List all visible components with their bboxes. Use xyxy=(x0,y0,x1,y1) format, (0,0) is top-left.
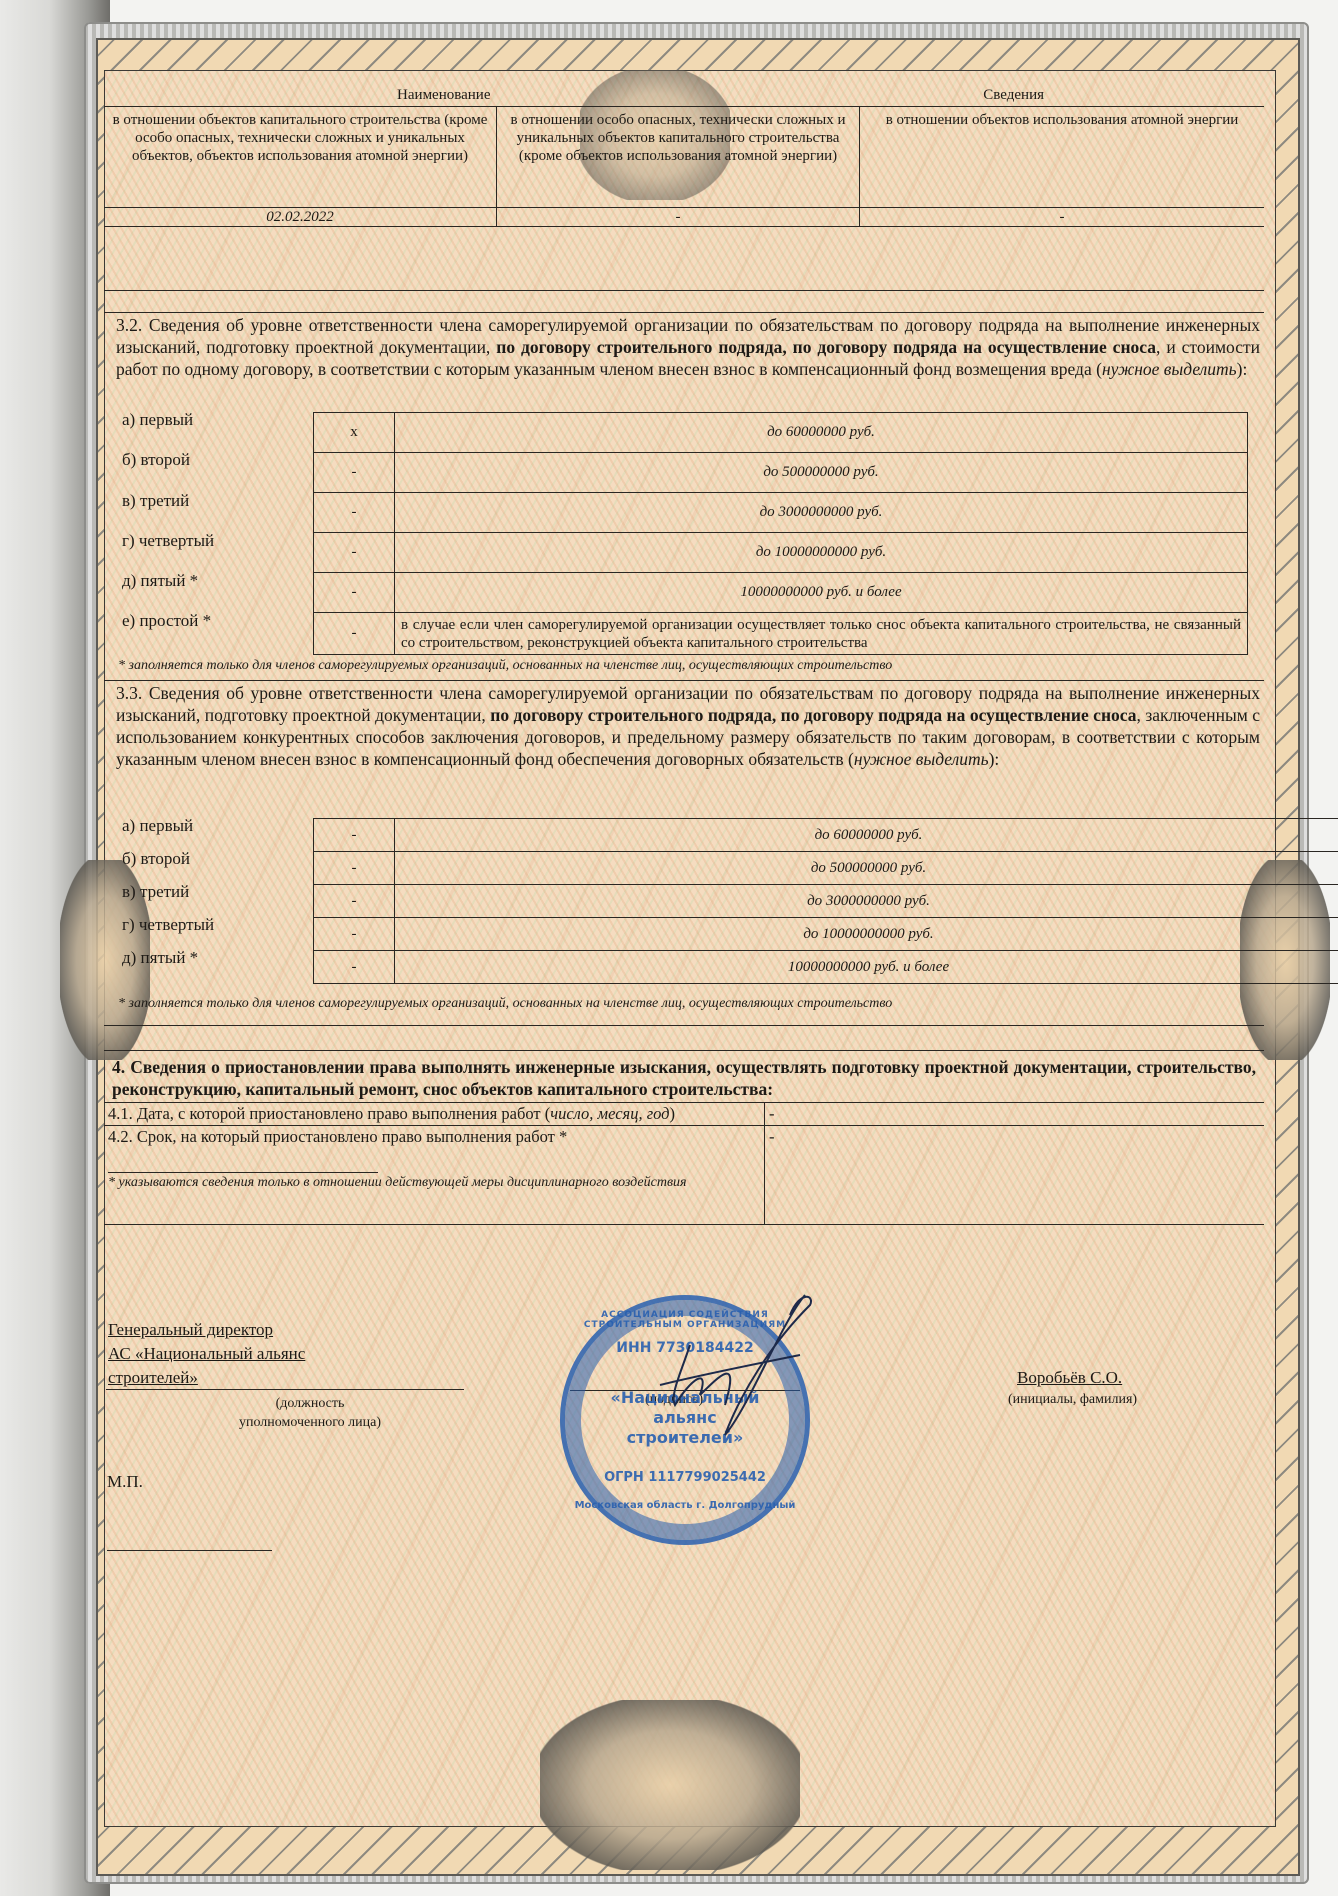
table-row: -10000000000 руб. и более xyxy=(314,573,1248,613)
table-row: -до 10000000000 руб. xyxy=(314,918,1338,951)
level-label: е) простой * xyxy=(122,611,211,631)
section-3-3-levels-table: -до 60000000 руб. -до 500000000 руб. -до… xyxy=(313,818,1338,984)
permits-table: Наименование Сведения в отношении объект… xyxy=(104,84,1264,227)
section-3-2-footnote: * заполняется только для членов саморегу… xyxy=(118,658,892,674)
level-mark: x xyxy=(314,413,395,453)
table-row: -до 3000000000 руб. xyxy=(314,885,1338,918)
table-row: -до 3000000000 руб. xyxy=(314,493,1248,533)
ornament-bottom-icon xyxy=(540,1700,800,1870)
level-mark: - xyxy=(314,493,395,533)
divider xyxy=(104,312,1264,313)
level-mark: - xyxy=(314,852,395,885)
section-4-table: 4.1. Дата, с которой приостановлено прав… xyxy=(104,1102,1264,1225)
section-4: 4. Сведения о приостановлении права выпо… xyxy=(104,1052,1264,1225)
suspension-term-footnote: * указываются сведения только в отношени… xyxy=(108,1173,760,1193)
divider xyxy=(104,680,1264,681)
section-3-2-levels-table: xдо 60000000 руб. -до 500000000 руб. -до… xyxy=(313,412,1248,655)
suspension-term-label: 4.2. Срок, на который приостановлено пра… xyxy=(104,1126,765,1225)
level-value: до 500000000 руб. xyxy=(395,453,1248,493)
section-3-3-text: 3.3. Сведения об уровне ответственности … xyxy=(116,682,1260,770)
column-atomic-objects: в отношении объектов использования атомн… xyxy=(860,107,1265,208)
table-row: xдо 60000000 руб. xyxy=(314,413,1248,453)
level-label: в) третий xyxy=(122,882,189,902)
value-capital-objects: 02.02.2022 xyxy=(104,208,497,227)
value-atomic-objects: - xyxy=(860,208,1265,227)
level-value: до 3000000000 руб. xyxy=(395,885,1338,918)
name-caption: (инициалы, фамилия) xyxy=(1008,1392,1137,1408)
level-value: до 10000000000 руб. xyxy=(395,918,1338,951)
level-value: до 60000000 руб. xyxy=(395,413,1248,453)
level-label: г) четвертый xyxy=(122,531,214,551)
level-label: б) второй xyxy=(122,849,190,869)
seal-label: М.П. xyxy=(107,1472,143,1492)
level-mark: - xyxy=(314,453,395,493)
level-label: г) четвертый xyxy=(122,915,214,935)
section-3-2-text: 3.2. Сведения об уровне ответственности … xyxy=(116,314,1260,380)
level-value: в случае если член саморегулируемой орга… xyxy=(395,613,1248,655)
level-value: 10000000000 руб. и более xyxy=(395,951,1338,984)
table-row: -до 500000000 руб. xyxy=(314,852,1338,885)
position-line xyxy=(106,1389,464,1390)
level-mark: - xyxy=(314,885,395,918)
table-row: 4.2. Срок, на который приостановлено пра… xyxy=(104,1126,1264,1225)
level-mark: - xyxy=(314,613,395,655)
divider xyxy=(104,1050,1264,1051)
column-capital-objects: в отношении объектов капитального строит… xyxy=(104,107,497,208)
level-label: в) третий xyxy=(122,491,189,511)
column-dangerous-objects: в отношении особо опасных, технически сл… xyxy=(497,107,860,208)
signer-position: Генеральный директор АС «Национальный ал… xyxy=(108,1318,305,1390)
level-mark: - xyxy=(314,533,395,573)
level-value: до 3000000000 руб. xyxy=(395,493,1248,533)
level-mark: - xyxy=(314,819,395,852)
table-row: -в случае если член саморегулируемой орг… xyxy=(314,613,1248,655)
position-caption: (должность уполномоченного лица) xyxy=(190,1394,430,1432)
level-value: до 500000000 руб. xyxy=(395,852,1338,885)
level-label: а) первый xyxy=(122,816,193,836)
suspension-term-value: - xyxy=(765,1126,1265,1225)
header-name: Наименование xyxy=(104,84,497,107)
table-row: -10000000000 руб. и более xyxy=(314,951,1338,984)
value-dangerous-objects: - xyxy=(497,208,860,227)
section-3-3-footnote: * заполняется только для членов саморегу… xyxy=(118,996,892,1012)
level-mark: - xyxy=(314,573,395,613)
signer-name: Воробьёв С.О. xyxy=(1017,1368,1122,1388)
level-value: до 10000000000 руб. xyxy=(395,533,1248,573)
level-label: д) пятый * xyxy=(122,948,198,968)
section-4-title: 4. Сведения о приостановлении права выпо… xyxy=(104,1052,1264,1100)
divider xyxy=(104,1025,1264,1026)
handwritten-signature-icon xyxy=(630,1285,820,1445)
header-info: Сведения xyxy=(497,84,1265,107)
divider xyxy=(104,290,1264,291)
table-row: 4.1. Дата, с которой приостановлено прав… xyxy=(104,1103,1264,1126)
table-row: -до 60000000 руб. xyxy=(314,819,1338,852)
table-row: -до 10000000000 руб. xyxy=(314,533,1248,573)
suspension-date-label: 4.1. Дата, с которой приостановлено прав… xyxy=(104,1103,765,1126)
level-mark: - xyxy=(314,918,395,951)
level-value: 10000000000 руб. и более xyxy=(395,573,1248,613)
level-value: до 60000000 руб. xyxy=(395,819,1338,852)
level-mark: - xyxy=(314,951,395,984)
table-row: -до 500000000 руб. xyxy=(314,453,1248,493)
seal-line xyxy=(107,1550,272,1551)
suspension-date-value: - xyxy=(765,1103,1265,1126)
level-label: д) пятый * xyxy=(122,571,198,591)
level-label: а) первый xyxy=(122,410,193,430)
level-label: б) второй xyxy=(122,450,190,470)
